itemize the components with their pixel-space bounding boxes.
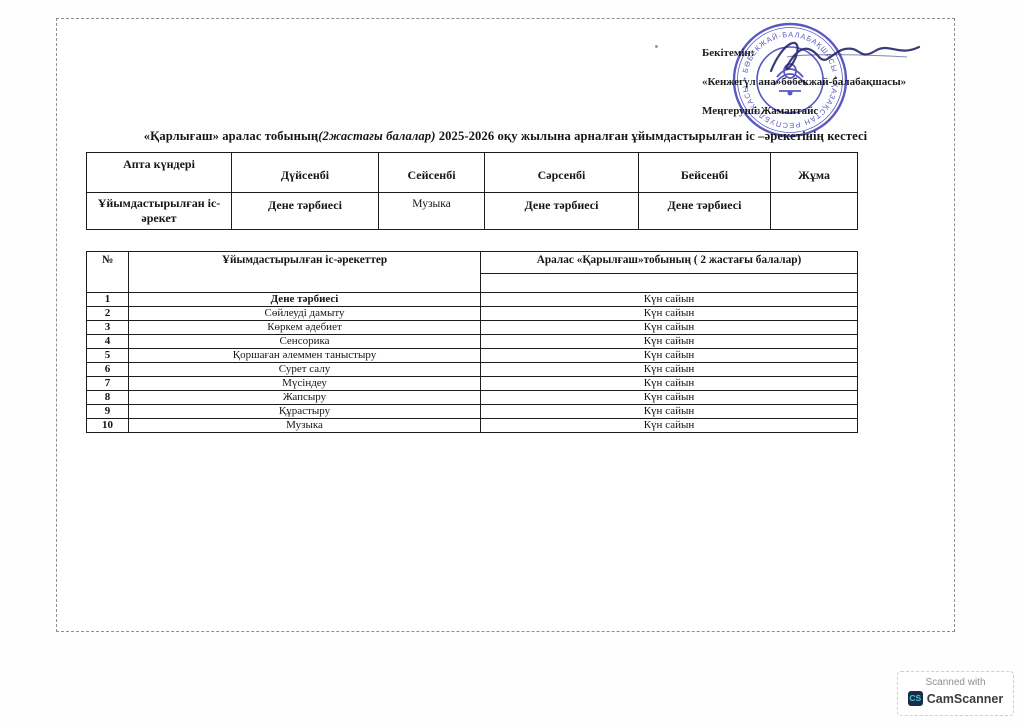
row-number: 1 bbox=[87, 293, 129, 307]
row-number: 3 bbox=[87, 321, 129, 335]
title-part-italic: (2жастағы балалар) bbox=[318, 129, 435, 143]
row-number: 8 bbox=[87, 391, 129, 405]
row-number: 5 bbox=[87, 349, 129, 363]
table-row: 4 Сенсорика Күн сайын bbox=[87, 335, 858, 349]
row-number: 9 bbox=[87, 405, 129, 419]
table-row: 7 Мүсіндеу Күн сайын bbox=[87, 377, 858, 391]
table-row: 3 Көркем әдебиет Күн сайын bbox=[87, 321, 858, 335]
weekly-activity-monday: Дене тәрбиесі bbox=[232, 193, 379, 230]
weekly-day-monday: Дүйсенбі bbox=[232, 153, 379, 193]
row-frequency: Күн сайын bbox=[481, 419, 858, 433]
row-frequency: Күн сайын bbox=[481, 405, 858, 419]
weekly-activity-wednesday: Дене тәрбиесі bbox=[485, 193, 639, 230]
row-activity: Сурет салу bbox=[129, 363, 481, 377]
header-group: Аралас «Қарылғаш»тобының ( 2 жастағы бал… bbox=[481, 252, 858, 274]
scan-speck bbox=[655, 45, 658, 48]
table-row: 8 Жапсыру Күн сайын bbox=[87, 391, 858, 405]
row-activity: Сөйлеуді дамыту bbox=[129, 307, 481, 321]
row-frequency: Күн сайын bbox=[481, 335, 858, 349]
row-frequency: Күн сайын bbox=[481, 363, 858, 377]
approval-line-kindergarten: «Кенжегүл ана»бөбекжай-балабақшасы» bbox=[702, 68, 952, 97]
title-part-1: «Қарлығаш» аралас тобының bbox=[144, 129, 319, 143]
document-page: Бекітемін: «Кенжегүл ана»бөбекжай-балаба… bbox=[56, 18, 955, 632]
table-row: 1 Дене тәрбиесі Күн сайын bbox=[87, 293, 858, 307]
row-number: 7 bbox=[87, 377, 129, 391]
row-activity: Мүсіндеу bbox=[129, 377, 481, 391]
table-row: 10 Музыка Күн сайын bbox=[87, 419, 858, 433]
row-frequency: Күн сайын bbox=[481, 349, 858, 363]
weekly-row-header: Ұйымдастырылған іс-әрекет bbox=[87, 193, 232, 230]
header-activities: Ұйымдастырылған іс-әрекеттер bbox=[129, 252, 481, 293]
camscanner-brand-label: CamScanner bbox=[927, 692, 1003, 706]
row-number: 6 bbox=[87, 363, 129, 377]
row-activity: Көркем әдебиет bbox=[129, 321, 481, 335]
table-row: 5 Қоршаған әлеммен таныстыру Күн сайын bbox=[87, 349, 858, 363]
row-activity: Сенсорика bbox=[129, 335, 481, 349]
weekly-activity-friday bbox=[771, 193, 858, 230]
camscanner-logo-icon: CS bbox=[908, 691, 923, 706]
weekly-day-tuesday: Сейсенбі bbox=[379, 153, 485, 193]
header-number: № bbox=[87, 252, 129, 293]
weekly-activity-thursday: Дене тәрбиесі bbox=[639, 193, 771, 230]
row-number: 4 bbox=[87, 335, 129, 349]
weekly-schedule-table: Апта күндері Дүйсенбі Сейсенбі Сәрсенбі … bbox=[86, 152, 858, 230]
table-row: 6 Сурет салу Күн сайын bbox=[87, 363, 858, 377]
row-frequency: Күн сайын bbox=[481, 377, 858, 391]
row-number: 10 bbox=[87, 419, 129, 433]
row-frequency: Күн сайын bbox=[481, 391, 858, 405]
approval-line-approve: Бекітемін: bbox=[702, 39, 952, 68]
weekly-day-friday: Жұма bbox=[771, 153, 858, 193]
activities-list-table: № Ұйымдастырылған іс-әрекеттер Аралас «Қ… bbox=[86, 251, 858, 433]
weekly-day-thursday: Бейсенбі bbox=[639, 153, 771, 193]
approval-line-director: Меңгеруші:Жамантайс bbox=[702, 97, 952, 126]
weekly-activity-row: Ұйымдастырылған іс-әрекет Дене тәрбиесі … bbox=[87, 193, 858, 230]
approval-block: Бекітемін: «Кенжегүл ана»бөбекжай-балаба… bbox=[702, 39, 952, 126]
row-activity: Жапсыру bbox=[129, 391, 481, 405]
row-activity: Дене тәрбиесі bbox=[129, 293, 481, 307]
table-row: 2 Сөйлеуді дамыту Күн сайын bbox=[87, 307, 858, 321]
weekly-corner-header: Апта күндері bbox=[87, 153, 232, 193]
row-frequency: Күн сайын bbox=[481, 307, 858, 321]
row-frequency: Күн сайын bbox=[481, 321, 858, 335]
row-activity: Қоршаған әлеммен таныстыру bbox=[129, 349, 481, 363]
weekly-day-wednesday: Сәрсенбі bbox=[485, 153, 639, 193]
scanned-with-label: Scanned with bbox=[898, 677, 1013, 689]
row-number: 2 bbox=[87, 307, 129, 321]
weekly-header-row: Апта күндері Дүйсенбі Сейсенбі Сәрсенбі … bbox=[87, 153, 858, 193]
row-activity: Музыка bbox=[129, 419, 481, 433]
scanned-document-canvas: Бекітемін: «Кенжегүл ана»бөбекжай-балаба… bbox=[0, 0, 1024, 724]
row-activity: Құрастыру bbox=[129, 405, 481, 419]
title-part-3: 2025-2026 оқу жылына арналған ұйымдастыр… bbox=[436, 129, 868, 143]
header-group-empty-cell bbox=[481, 274, 858, 293]
document-title: «Қарлығаш» аралас тобының(2жастағы балал… bbox=[77, 129, 934, 144]
row-frequency: Күн сайын bbox=[481, 293, 858, 307]
activities-header-row: № Ұйымдастырылған іс-әрекеттер Аралас «Қ… bbox=[87, 252, 858, 274]
table-row: 9 Құрастыру Күн сайын bbox=[87, 405, 858, 419]
camscanner-badge: Scanned with CS CamScanner bbox=[897, 671, 1014, 716]
weekly-activity-tuesday: Музыка bbox=[379, 193, 485, 230]
